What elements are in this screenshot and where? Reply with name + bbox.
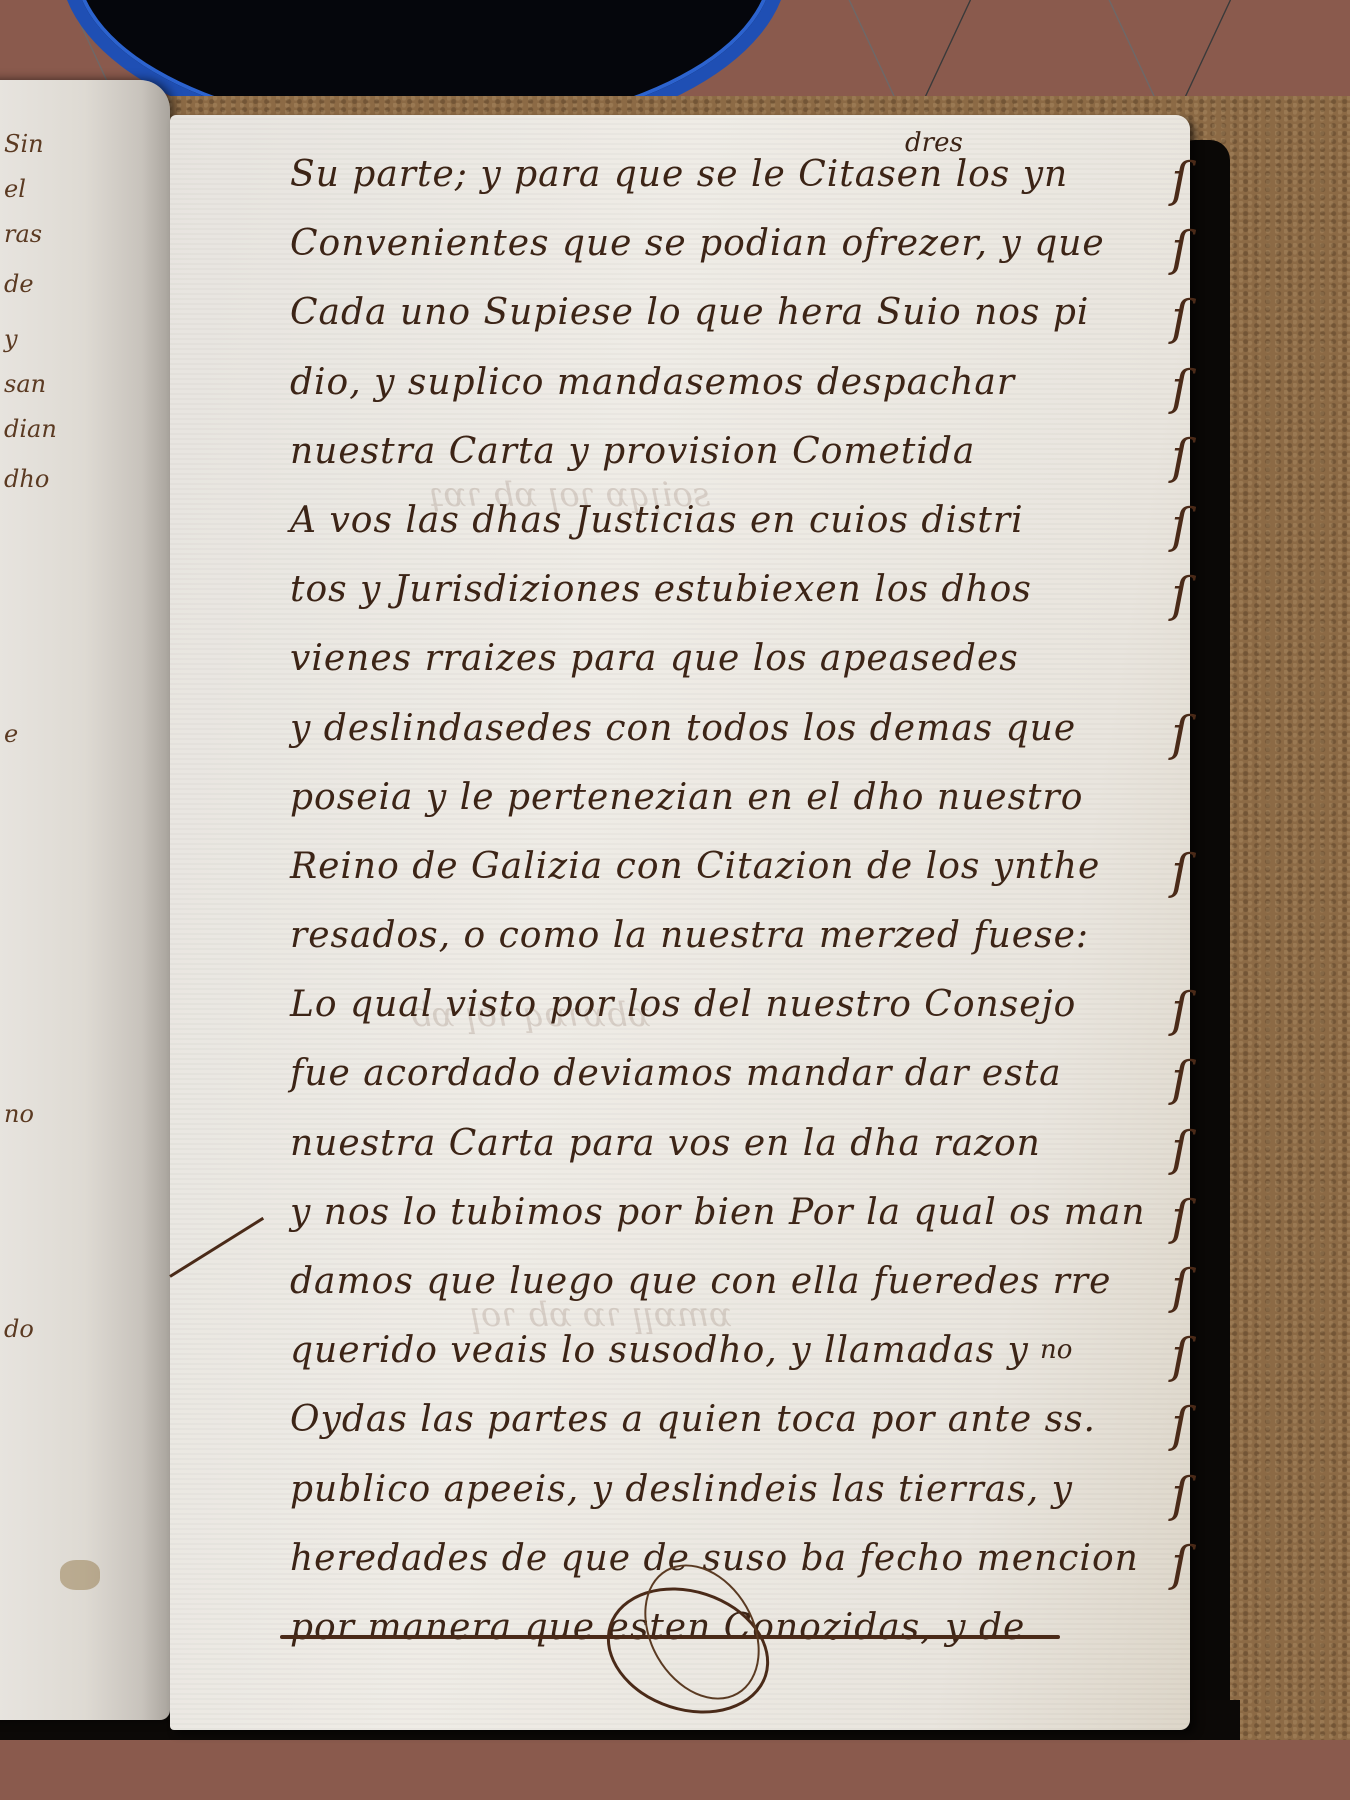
manuscript-line: querido veais lo susodho, y llamadas yſ — [290, 1316, 1170, 1385]
manuscript-text-block: Su parte; y para que se le Citasen los y… — [290, 140, 1170, 1662]
manuscript-line: vienes rraizes para que los apeasedes — [290, 624, 1170, 693]
left-page-fragment: do — [4, 1315, 34, 1343]
left-page-fragment: el — [4, 175, 26, 203]
manuscript-line: poseia y le pertenezian en el dho nuestr… — [290, 763, 1170, 832]
manuscript-line: tos y Jurisdiziones estubiexen los dhosſ — [290, 555, 1170, 624]
manuscript-line: y nos lo tubimos por bien Por la qual os… — [290, 1178, 1170, 1247]
manuscript-line: Convenientes que se podian ofrezer, y qu… — [290, 209, 1170, 278]
manuscript-line: resados, o como la nuestra merzed fuese: — [290, 901, 1170, 970]
left-page-fragment: de — [4, 270, 34, 298]
manuscript-line: Oydas las partes a quien toca por ante s… — [290, 1385, 1170, 1454]
left-page-fragment: dho — [4, 465, 49, 493]
manuscript-line: heredades de que de suso ba fecho mencio… — [290, 1524, 1170, 1593]
manuscript-line: y deslindasedes con todos los demas queſ — [290, 694, 1170, 763]
tile-floor-bottom — [0, 1740, 1350, 1800]
left-page-fragment: san — [4, 370, 46, 398]
left-page-fragment: dian — [4, 415, 57, 443]
left-page-verso: Sin el ras de y san dian dho e no do — [0, 80, 170, 1720]
left-page-fragment: e — [4, 720, 18, 748]
manuscript-line: nuestra Carta para vos en la dha razonſ — [290, 1109, 1170, 1178]
manuscript-line: fue acordado deviamos mandar dar estaſ — [290, 1039, 1170, 1108]
manuscript-line: dio, y suplico mandasemos despacharſ — [290, 348, 1170, 417]
manuscript-line: damos que luego que con ella fueredes rr… — [290, 1247, 1170, 1316]
left-page-fragment: y — [4, 325, 18, 353]
left-page-fragment: ras — [4, 220, 42, 248]
manuscript-line: A vos las dhas Justicias en cuios distri… — [290, 486, 1170, 555]
left-page-fragment: Sin — [4, 130, 44, 158]
manuscript-line: Cada uno Supiese lo que hera Suio nos pi… — [290, 278, 1170, 347]
manuscript-line: Reino de Galizia con Citazion de los ynt… — [290, 832, 1170, 901]
manuscript-line: nuestra Carta y provision Cometidaſ — [290, 417, 1170, 486]
manuscript-line: publico apeeis, y deslindeis las tierras… — [290, 1455, 1170, 1524]
manuscript-line: Lo qual visto por los del nuestro Consej… — [290, 970, 1170, 1039]
left-page-fragment: no — [4, 1100, 34, 1128]
manuscript-line: Su parte; y para que se le Citasen los y… — [290, 140, 1170, 209]
stain — [60, 1560, 100, 1590]
